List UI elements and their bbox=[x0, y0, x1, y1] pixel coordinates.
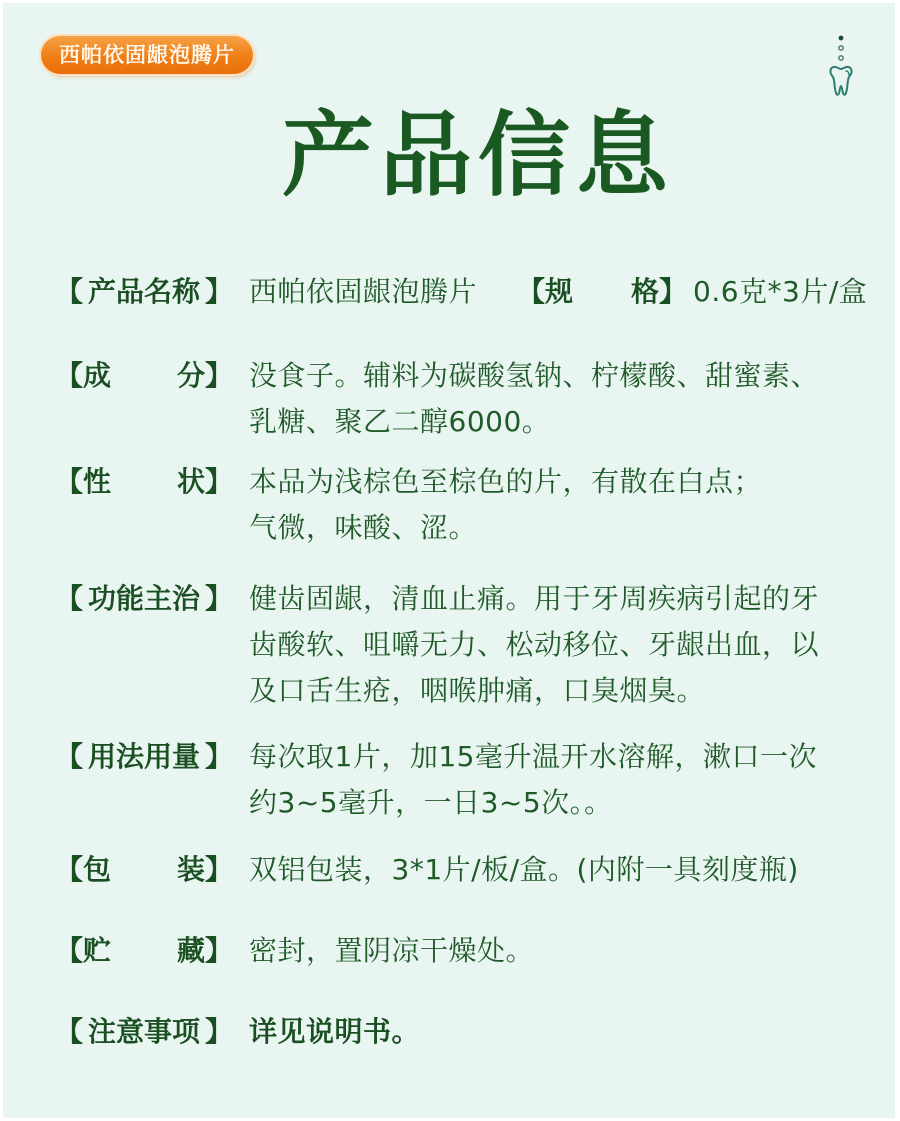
label-char: 成 bbox=[83, 353, 111, 399]
page-title: 产品信息 bbox=[3, 101, 900, 211]
bracket-close: 】 bbox=[205, 576, 233, 622]
label-text: 用法用量 bbox=[88, 734, 200, 780]
field-label-notes: 【 注意事项 】 bbox=[55, 1009, 233, 1055]
field-row-name: 【 产品名称 】 西帕依固龈泡腾片 【 规 格 】 0.6克*3片/盒 bbox=[55, 269, 867, 315]
label-text: 产品名称 bbox=[88, 269, 200, 315]
field-row-dosage: 【 用法用量 】 每次取1片，加15毫升温开水溶解，漱口一次 约3~5毫升，一日… bbox=[55, 734, 869, 826]
field-row-packaging: 【 包 装 】 双铝包装，3*1片/板/盒。(内附一具刻度瓶) bbox=[55, 847, 869, 893]
product-name-badge: 西帕依固龈泡腾片 bbox=[41, 36, 253, 74]
bracket-open: 【 bbox=[517, 269, 545, 315]
bracket-close: 】 bbox=[205, 353, 233, 399]
field-value-spec: 0.6克*3片/盒 bbox=[693, 269, 867, 315]
field-value-name: 西帕依固龈泡腾片 bbox=[249, 269, 477, 315]
tooth-icon bbox=[823, 33, 859, 103]
bracket-close: 】 bbox=[205, 847, 233, 893]
field-value-dosage: 每次取1片，加15毫升温开水溶解，漱口一次 约3~5毫升，一日3~5次。。 bbox=[249, 734, 869, 826]
field-label-name: 【 产品名称 】 bbox=[55, 269, 233, 315]
field-value-storage: 密封，置阴凉干燥处。 bbox=[249, 928, 869, 974]
field-spec: 【 规 格 】 0.6克*3片/盒 bbox=[517, 269, 867, 315]
bracket-close: 】 bbox=[205, 734, 233, 780]
field-row-appearance: 【 性 状 】 本品为浅棕色至棕色的片，有散在白点； 气微，味酸、涩。 bbox=[55, 459, 869, 551]
label-char: 装 bbox=[177, 847, 205, 893]
label-text: 注意事项 bbox=[88, 1009, 200, 1055]
field-label-appearance: 【 性 状 】 bbox=[55, 459, 233, 505]
field-row-notes: 【 注意事项 】 详见说明书。 bbox=[55, 1009, 869, 1055]
label-char: 包 bbox=[83, 847, 111, 893]
label-char: 分 bbox=[177, 353, 205, 399]
bracket-close: 】 bbox=[205, 928, 233, 974]
bracket-close: 】 bbox=[205, 1009, 233, 1055]
field-label-spec: 【 规 格 】 bbox=[517, 269, 687, 315]
field-row-ingredients: 【 成 分 】 没食子。辅料为碳酸氢钠、柠檬酸、甜蜜素、 乳糖、聚乙二醇6000… bbox=[55, 353, 869, 445]
bracket-open: 【 bbox=[55, 459, 83, 505]
label-spread: 规 格 bbox=[545, 269, 659, 315]
field-label-ingredients: 【 成 分 】 bbox=[55, 353, 233, 399]
field-value-ingredients: 没食子。辅料为碳酸氢钠、柠檬酸、甜蜜素、 乳糖、聚乙二醇6000。 bbox=[249, 353, 869, 445]
bracket-open: 【 bbox=[55, 928, 83, 974]
product-info-page: 西帕依固龈泡腾片 产品信息 【 产品名称 】 西帕依固龈泡腾片 【 规 格 】 bbox=[3, 3, 895, 1118]
field-label-indications: 【 功能主治 】 bbox=[55, 576, 233, 622]
label-char: 性 bbox=[83, 459, 111, 505]
field-label-dosage: 【 用法用量 】 bbox=[55, 734, 233, 780]
bracket-close: 】 bbox=[205, 459, 233, 505]
bracket-open: 【 bbox=[55, 269, 83, 315]
side-decoration bbox=[823, 33, 859, 103]
label-char: 贮 bbox=[83, 928, 111, 974]
field-value-packaging: 双铝包装，3*1片/板/盒。(内附一具刻度瓶) bbox=[249, 847, 869, 893]
label-spread: 包 装 bbox=[83, 847, 205, 893]
field-value-appearance: 本品为浅棕色至棕色的片，有散在白点； 气微，味酸、涩。 bbox=[249, 459, 869, 551]
bracket-open: 【 bbox=[55, 353, 83, 399]
bracket-open: 【 bbox=[55, 734, 83, 780]
label-char: 状 bbox=[177, 459, 205, 505]
label-char: 藏 bbox=[177, 928, 205, 974]
field-row-indications: 【 功能主治 】 健齿固龈，清血止痛。用于牙周疾病引起的牙 齿酸软、咀嚼无力、松… bbox=[55, 576, 869, 714]
field-label-packaging: 【 包 装 】 bbox=[55, 847, 233, 893]
bracket-open: 【 bbox=[55, 1009, 83, 1055]
label-spread: 贮 藏 bbox=[83, 928, 205, 974]
bracket-close: 】 bbox=[205, 269, 233, 315]
label-text: 功能主治 bbox=[88, 576, 200, 622]
label-spread: 性 状 bbox=[83, 459, 205, 505]
field-label-storage: 【 贮 藏 】 bbox=[55, 928, 233, 974]
field-value-notes: 详见说明书。 bbox=[249, 1009, 869, 1055]
bracket-open: 【 bbox=[55, 576, 83, 622]
bracket-close: 】 bbox=[659, 269, 687, 315]
field-value-indications: 健齿固龈，清血止痛。用于牙周疾病引起的牙 齿酸软、咀嚼无力、松动移位、牙龈出血，… bbox=[249, 576, 869, 714]
label-char: 格 bbox=[631, 269, 659, 315]
label-spread: 成 分 bbox=[83, 353, 205, 399]
bracket-open: 【 bbox=[55, 847, 83, 893]
field-row-storage: 【 贮 藏 】 密封，置阴凉干燥处。 bbox=[55, 928, 869, 974]
label-char: 规 bbox=[545, 269, 573, 315]
